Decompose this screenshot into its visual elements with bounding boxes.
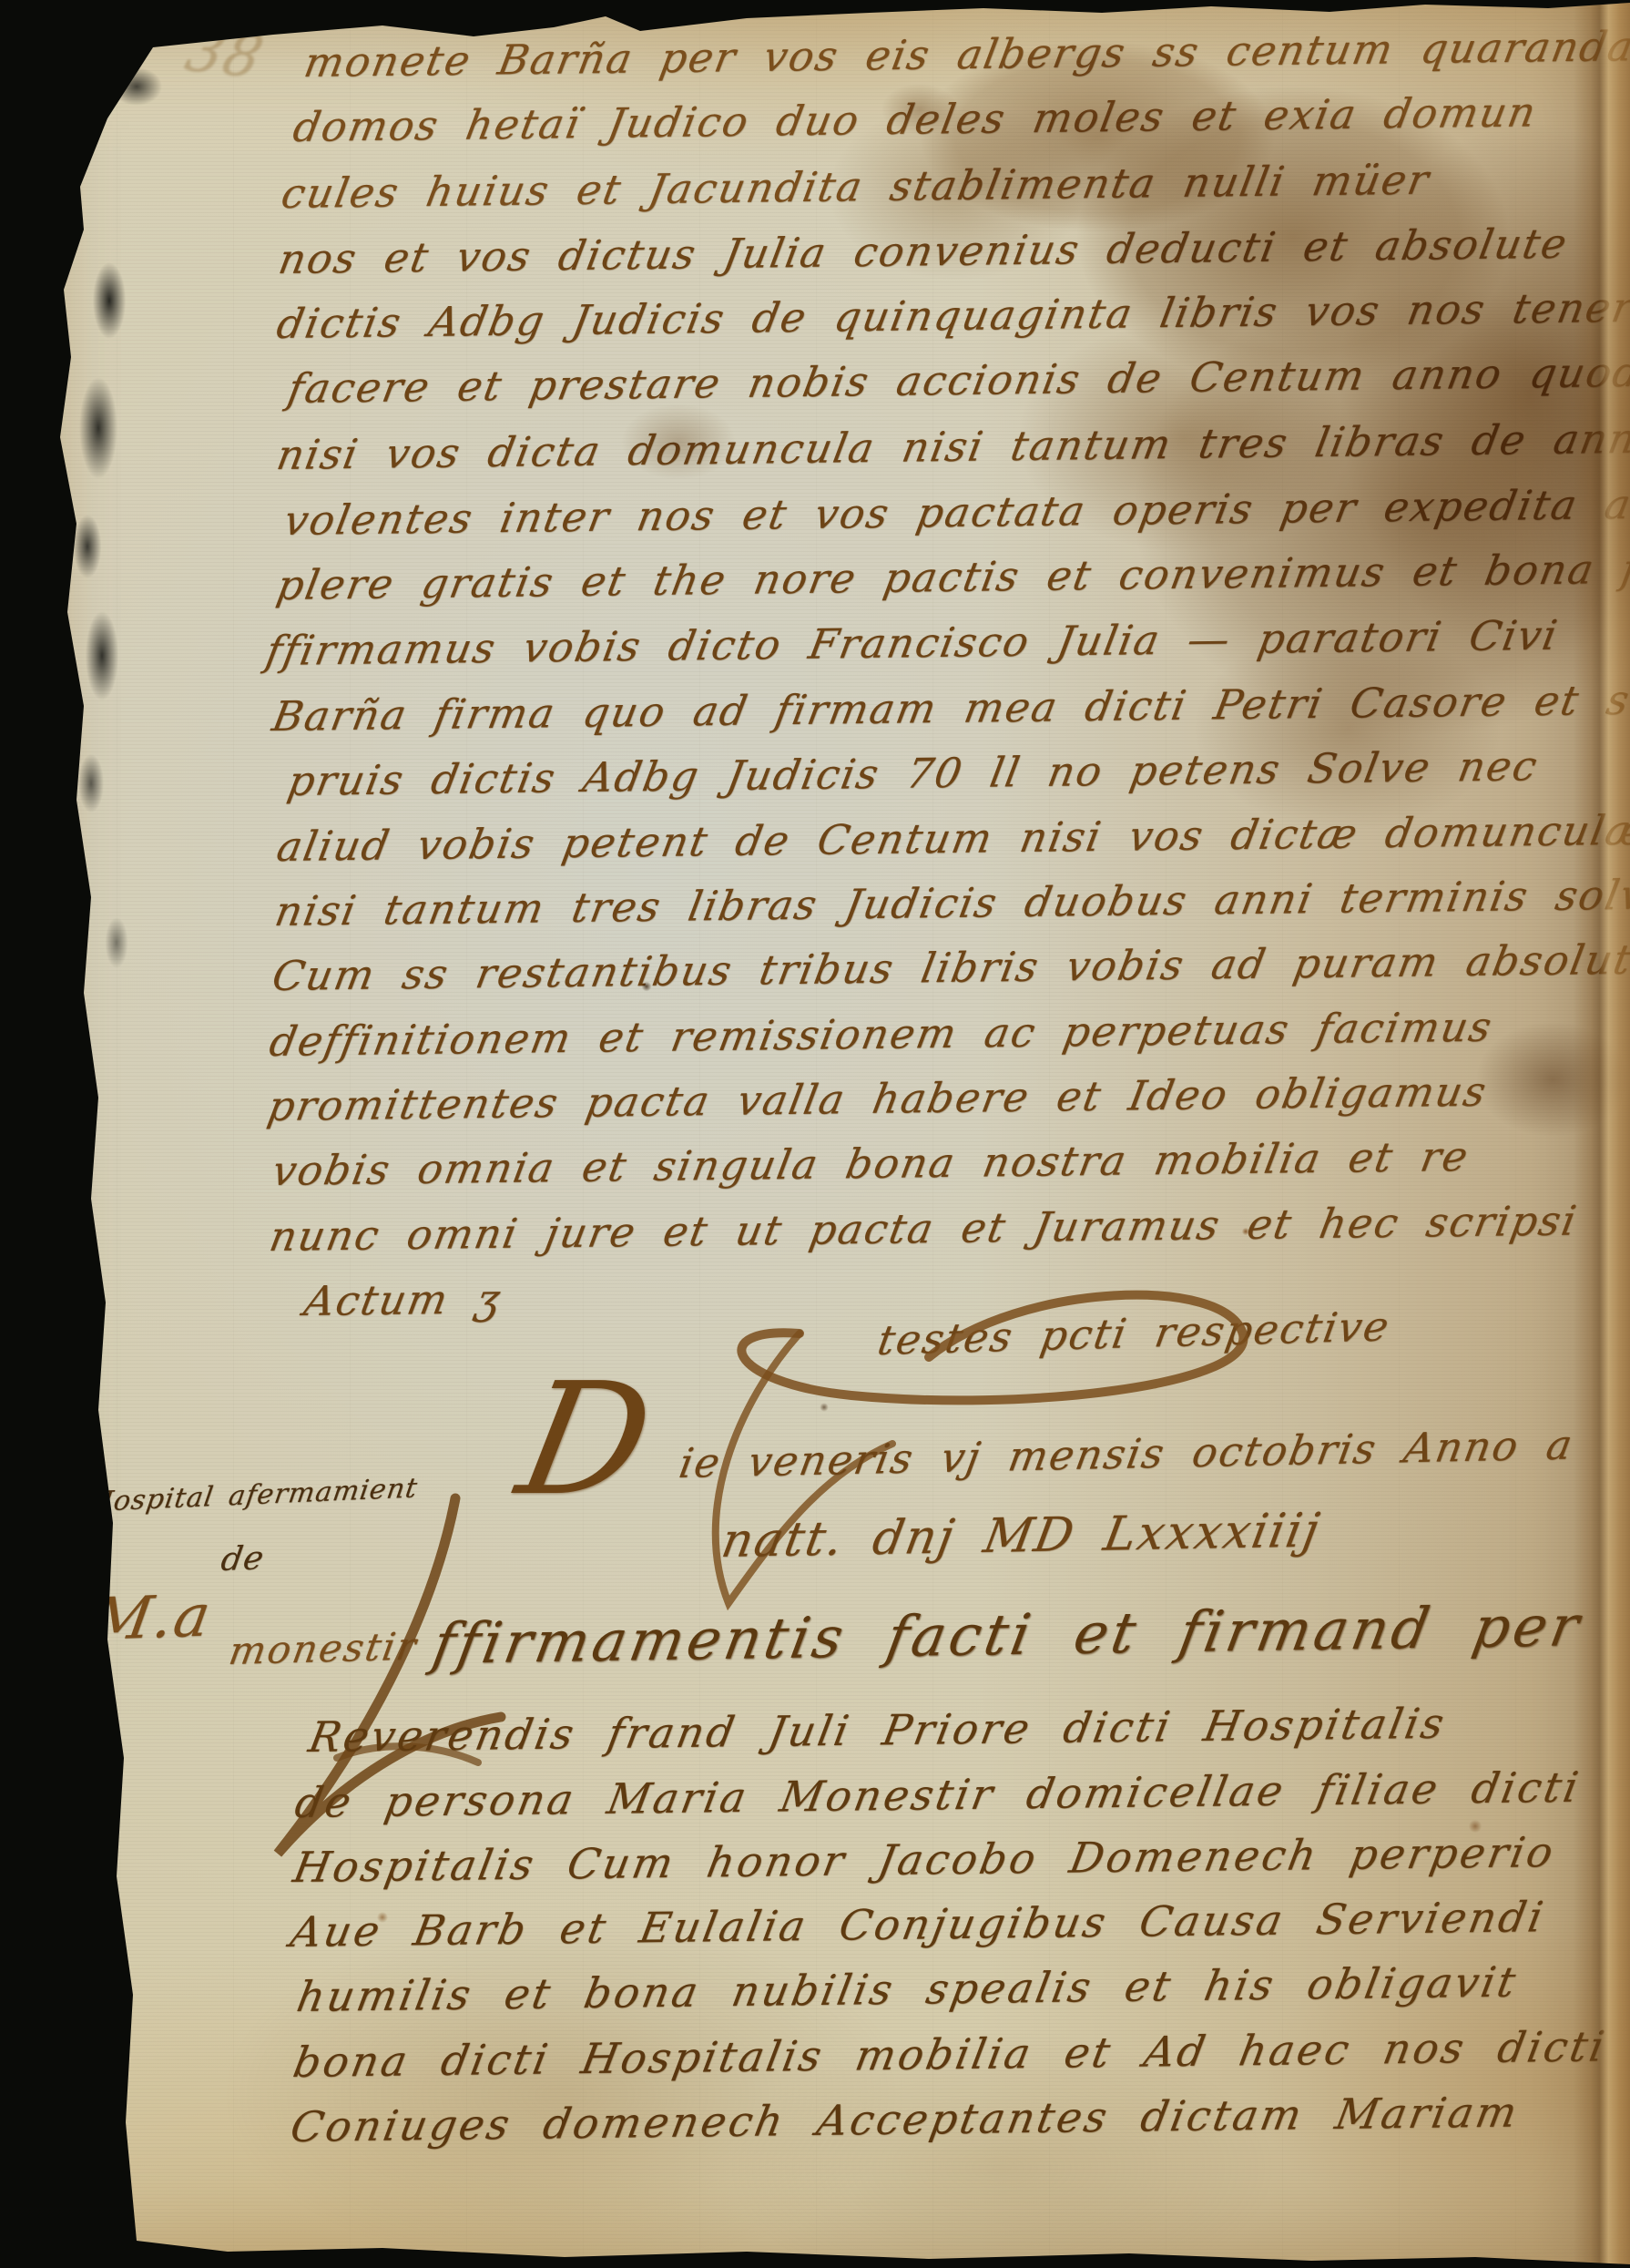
margin-note-title: Hospital afermamient <box>87 1472 420 1518</box>
body-line: nisi tantum tres libras Judicis duobus a… <box>271 870 1630 935</box>
firmament-line: Aue Barb et Eulalia Conjugibus Causa Ser… <box>287 1892 1549 1956</box>
date-initial: D <box>510 1371 663 1510</box>
body-line: nos et vos dictus Julia convenius deduct… <box>275 220 1572 283</box>
body-line: dictis Adbg Judicis de quinquaginta libr… <box>273 281 1630 348</box>
firmament-line: bona dicti Hospitalis mobilia et Ad haec… <box>290 2021 1611 2087</box>
body-line: monete Barña per vos eis albergs ss cent… <box>301 22 1630 87</box>
margin-note-monestir: monestir <box>226 1624 421 1673</box>
binding-crease <box>1574 0 1630 2268</box>
witness-line: testes pcti respective <box>874 1302 1394 1364</box>
manuscript-page: 38 monete Barña per vos eis albergs ss c… <box>0 0 1630 2268</box>
body-line: plere gratis et the nore pactis et conve… <box>273 544 1630 609</box>
body-line: domos hetaï Judico duo deles moles et ex… <box>290 87 1541 151</box>
body-line: Barña firma quo ad firmam mea dicti Petr… <box>269 674 1630 741</box>
firmament-line: Coniuges domenech Acceptantes dictam Mar… <box>287 2088 1523 2151</box>
firmament-line: de persona Maria Monestir domicellae fil… <box>291 1762 1584 1827</box>
body-line: Actum ʒ <box>301 1274 505 1325</box>
body-line: facere et prestare nobis accionis de Cen… <box>284 347 1630 413</box>
body-line: cules huius et Jacundita stablimenta nul… <box>278 156 1434 218</box>
body-line: aliud vobis petent de Centum nisi vos di… <box>273 806 1630 871</box>
body-line: promittentes pacta valla habere et Ideo … <box>264 1068 1492 1130</box>
date-line: natt. dnj MD Lxxxxiiij <box>718 1504 1325 1568</box>
firmament-line: Reverendis frand Juli Priore dicti Hospi… <box>305 1699 1451 1762</box>
heading-line: ffirmamentis facti et firmand per <box>428 1592 1587 1677</box>
margin-note-de: de <box>219 1539 267 1578</box>
bleedthrough-mark: 38 <box>178 16 272 90</box>
body-line: volentes inter nos et vos pactata operis… <box>280 479 1630 545</box>
body-line: vobis omnia et singula bona nostra mobil… <box>269 1132 1473 1195</box>
body-line: pruis dictis Adbg Judicis 70 ll no peten… <box>284 741 1543 805</box>
body-line: nunc omni jure et ut pacta et Juramus et… <box>266 1197 1582 1261</box>
photo-background: 38 monete Barña per vos eis albergs ss c… <box>0 0 1630 2268</box>
body-line: nisi vos dicta domuncula nisi tantum tre… <box>273 414 1630 479</box>
body-line: Cum ss restantibus tribus libris vobis a… <box>269 934 1630 1000</box>
body-line: ffirmamus vobis dicto Francisco Julia — … <box>262 611 1563 675</box>
margin-note-initial: M.a <box>87 1583 217 1654</box>
body-line: deffinitionem et remissionem ac perpetua… <box>266 1003 1497 1066</box>
date-line: ie veneris vj mensis octobris Anno a <box>676 1421 1577 1487</box>
firmament-line: Hospitalis Cum honor Jacobo Domenech per… <box>290 1827 1560 1892</box>
firmament-line: humilis et bona nubilis spealis et his o… <box>293 1957 1522 2021</box>
